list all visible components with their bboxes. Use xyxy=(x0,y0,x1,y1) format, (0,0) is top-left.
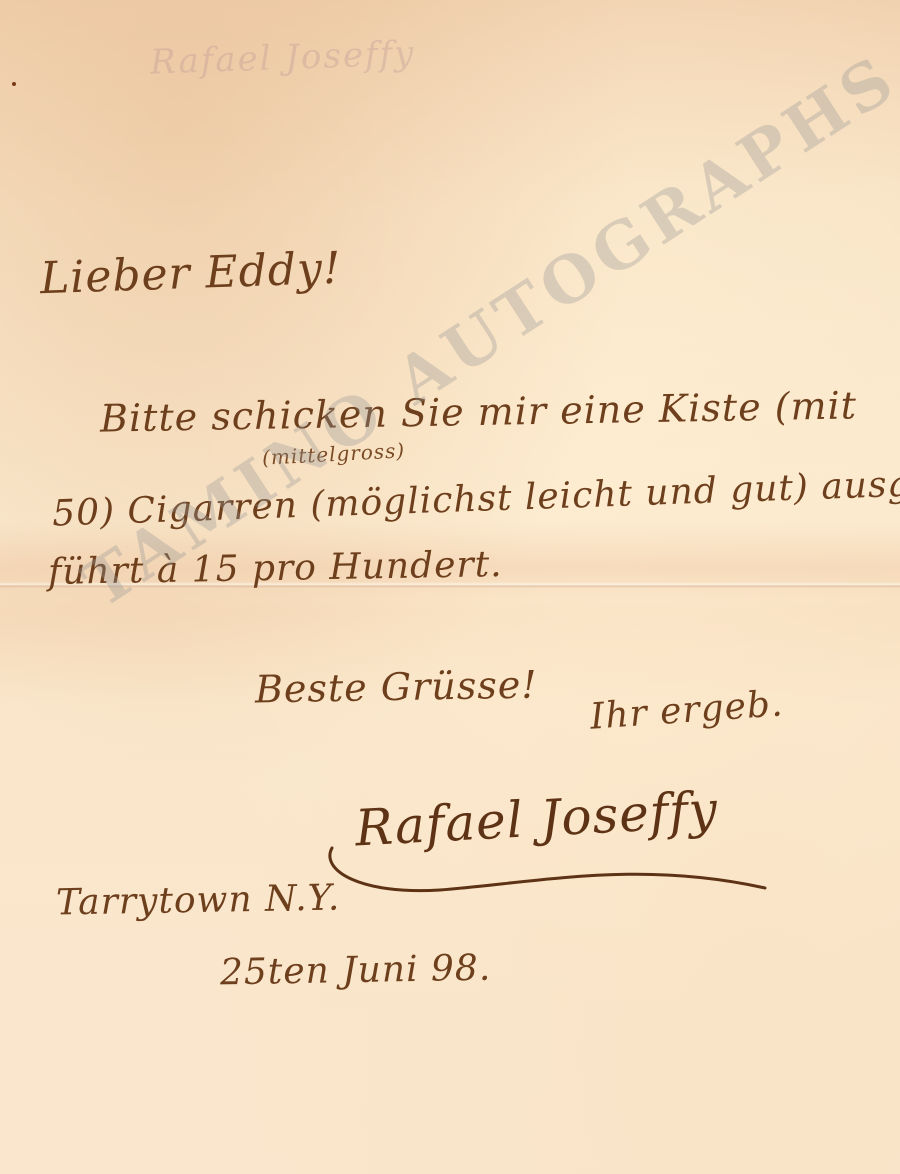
letter-page: Rafael Joseffy Lieber Eddy! Bitte schick… xyxy=(0,0,900,1174)
signature-flourish-icon xyxy=(320,840,780,900)
letter-closing: Beste Grüsse! xyxy=(255,663,538,712)
letter-place: Tarrytown N.Y. xyxy=(56,878,341,924)
paper-stain xyxy=(12,82,16,86)
letter-date: 25ten Juni 98. xyxy=(220,948,492,994)
letter-body-line-1: Bitte schicken Sie mir eine Kiste (mit xyxy=(100,383,858,440)
pencil-annotation: Rafael Joseffy xyxy=(149,33,416,82)
letter-closing-suffix: Ihr ergeb. xyxy=(589,683,785,737)
letter-greeting: Lieber Eddy! xyxy=(39,243,342,304)
